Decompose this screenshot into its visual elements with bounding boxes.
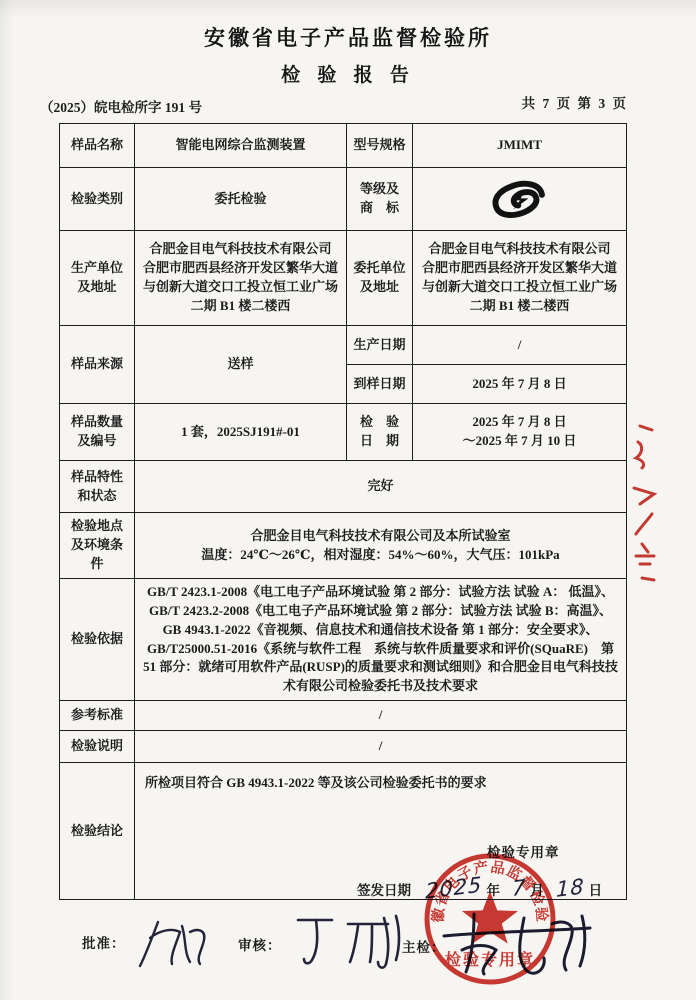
- chief-label: 主检：: [402, 936, 446, 956]
- sample-qty-label: 样品数量 及编号: [60, 404, 135, 461]
- report-title: 检 验 报 告: [0, 60, 696, 87]
- table-row: 生产单位 及地址 合肥金目电气科技技术有限公司 合肥市肥西县经济开发区繁华大道与…: [60, 231, 627, 326]
- client-value: 合肥金目电气科技技术有限公司 合肥市肥西县经济开发区繁华大道与创新大道交口工投立…: [413, 231, 627, 326]
- trademark-cell: [413, 168, 627, 231]
- sample-condition-value: 完好: [135, 461, 627, 513]
- sample-condition-label: 样品特性 和状态: [60, 461, 135, 513]
- review-label: 审核：: [238, 934, 282, 954]
- document-number: （2025）皖电检所字 191 号: [40, 96, 202, 116]
- approve-label: 批准：: [82, 932, 126, 952]
- table-row: 样品数量 及编号 1 套，2025SJ191#-01 检 验 日 期 2025 …: [60, 404, 627, 461]
- production-date-label: 生产日期: [347, 326, 413, 365]
- grade-trademark-label: 等级及 商 标: [347, 168, 413, 231]
- reference-std-value: /: [135, 701, 627, 731]
- basis-value: GB/T 2423.1-2008《电工电子产品环境试验 第 2 部分：试验方法 …: [135, 579, 627, 701]
- inspection-note-value: /: [135, 731, 627, 763]
- seal-here-label: 检验专用章: [487, 843, 560, 863]
- year-char: 年: [486, 881, 500, 900]
- table-row: 检验说明 /: [60, 731, 627, 763]
- conclusion-label: 检验结论: [60, 763, 135, 900]
- table-row: 样品来源 送样 生产日期 /: [60, 326, 627, 365]
- margin-annotation-marks-icon: [618, 418, 668, 588]
- issue-date-line: 签发日期 2025 年 7 月 18 日: [357, 873, 627, 900]
- conclusion-cell: 所检项目符合 GB 4943.1-2022 等及该公司检验委托书的要求 检验专用…: [135, 763, 627, 900]
- handwritten-month: 7: [508, 871, 531, 899]
- chief-signature: [440, 898, 620, 984]
- arrival-date-value: 2025 年 7 月 8 日: [413, 365, 627, 404]
- location-env-label: 检验地点 及环境条 件: [60, 513, 135, 579]
- table-row: 样品名称 智能电网综合监测装置 型号规格 JMIMT: [60, 124, 627, 168]
- basis-label: 检验依据: [60, 579, 135, 701]
- client-label: 委托单位 及地址: [347, 231, 413, 326]
- sample-qty-value: 1 套，2025SJ191#-01: [135, 404, 347, 461]
- arrival-date-label: 到样日期: [347, 365, 413, 404]
- manufacturer-label: 生产单位 及地址: [60, 231, 135, 326]
- table-row: 参考标准 /: [60, 701, 627, 731]
- approve-signature: [130, 908, 240, 972]
- sample-source-value: 送样: [135, 326, 347, 404]
- inspection-note-label: 检验说明: [60, 731, 135, 763]
- location-env-value: 合肥金目电气科技技术有限公司及本所试验室 温度：24℃～26℃，相对湿度：54%…: [135, 513, 627, 579]
- model-label: 型号规格: [347, 124, 413, 168]
- handwritten-day: 18: [552, 871, 589, 900]
- inspection-date-label: 检 验 日 期: [347, 404, 413, 461]
- conclusion-value: 所检项目符合 GB 4943.1-2022 等及该公司检验委托书的要求: [145, 774, 620, 793]
- production-date-value: /: [413, 326, 627, 365]
- sample-source-label: 样品来源: [60, 326, 135, 404]
- inspection-report-page: 安徽省电子产品监督检验所 检 验 报 告 （2025）皖电检所字 191 号 共…: [0, 0, 696, 1000]
- signature-row: 批准： 审核： 主检：: [60, 922, 640, 988]
- sample-name-value: 智能电网综合监测装置: [135, 124, 347, 168]
- table-row: 检验类别 委托检验 等级及 商 标: [60, 168, 627, 231]
- table-row: 检验依据 GB/T 2423.1-2008《电工电子产品环境试验 第 2 部分：…: [60, 579, 627, 701]
- swirl-electric-logo-icon: [418, 178, 621, 220]
- manufacturer-value: 合肥金目电气科技技术有限公司 合肥市肥西县经济开发区繁华大道与创新大道交口工投立…: [135, 231, 347, 326]
- table-row: 样品特性 和状态 完好: [60, 461, 627, 513]
- reference-std-label: 参考标准: [60, 701, 135, 731]
- handwritten-year: 2025: [421, 869, 487, 900]
- inspection-type-label: 检验类别: [60, 168, 135, 231]
- inspection-date-value: 2025 年 7 月 8 日 ～2025 年 7 月 10 日: [413, 404, 627, 461]
- sample-name-label: 样品名称: [60, 124, 135, 168]
- inspection-type-value: 委托检验: [135, 168, 347, 231]
- organization-title: 安徽省电子产品监督检验所: [0, 22, 696, 52]
- table-row: 检验地点 及环境条 件 合肥金目电气科技技术有限公司及本所试验室 温度：24℃～…: [60, 513, 627, 579]
- page-indicator: 共 7 页 第 3 页: [522, 92, 628, 112]
- month-char: 月: [530, 881, 544, 900]
- issue-date-label: 签发日期: [357, 881, 411, 900]
- day-char: 日: [589, 881, 603, 900]
- table-row: 检验结论 所检项目符合 GB 4943.1-2022 等及该公司检验委托书的要求…: [60, 763, 627, 900]
- report-table: 样品名称 智能电网综合监测装置 型号规格 JMIMT 检验类别 委托检验 等级及…: [59, 123, 627, 900]
- model-value: JMIMT: [413, 124, 627, 168]
